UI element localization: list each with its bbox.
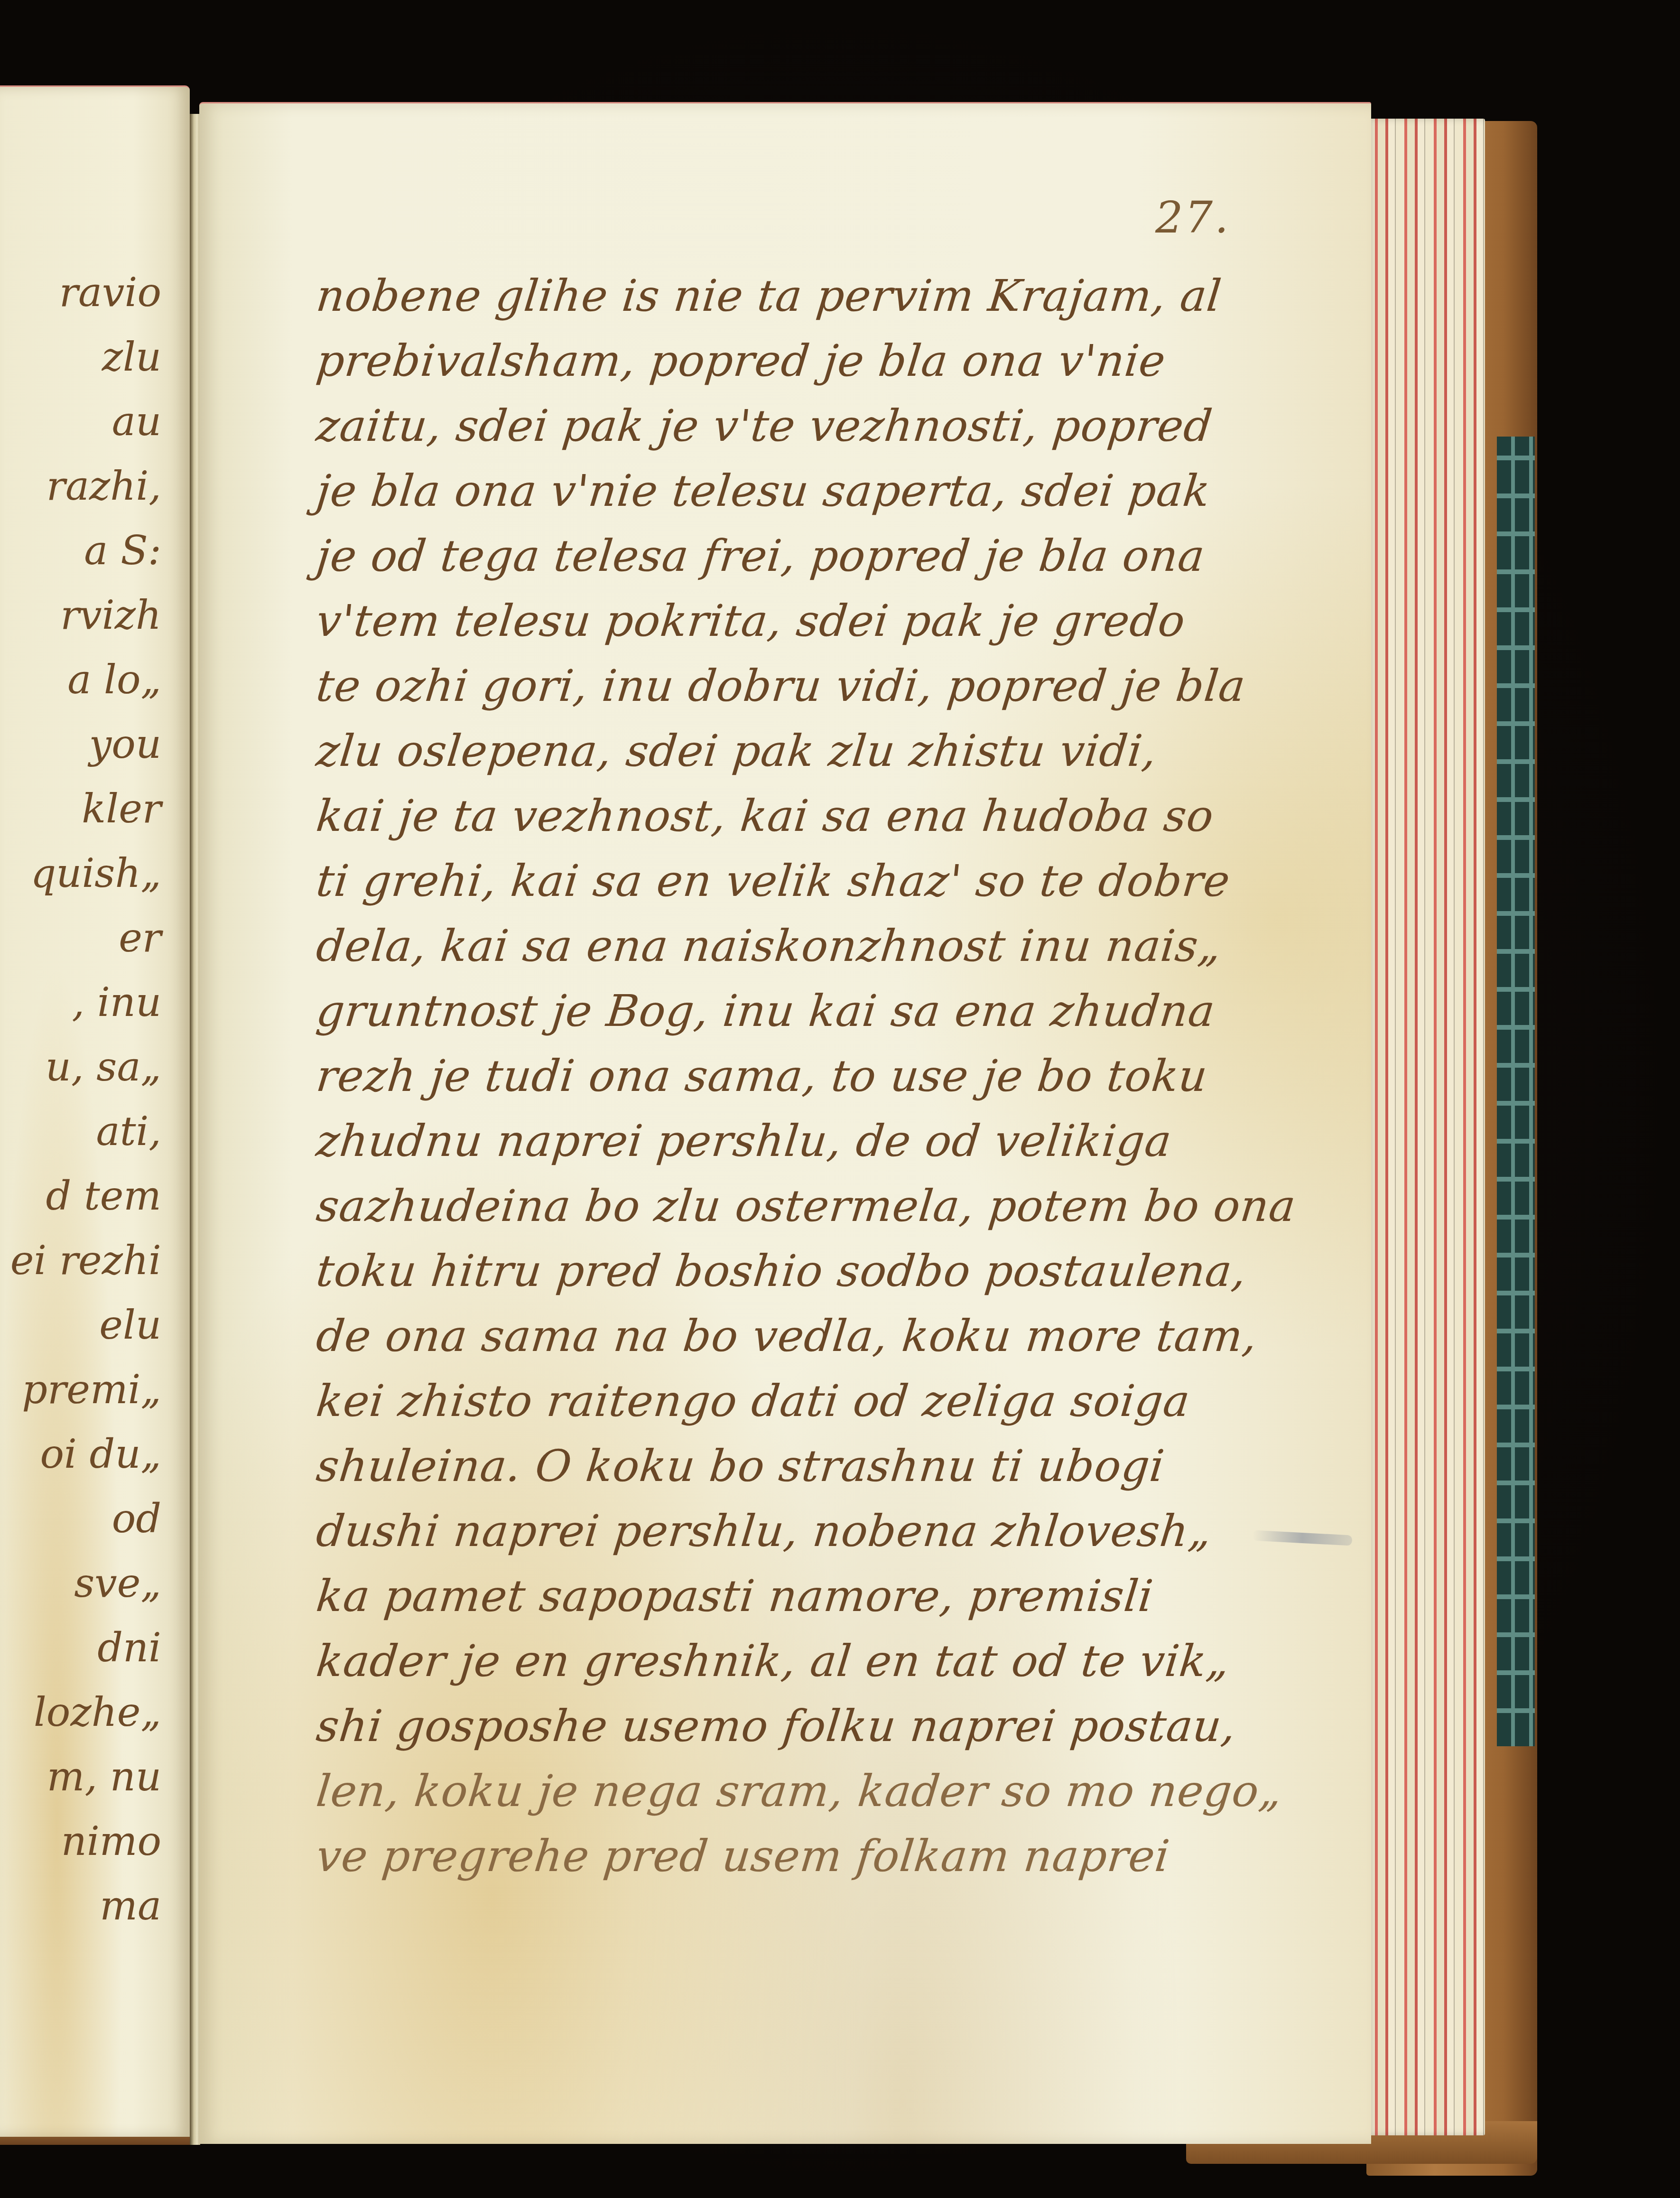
left-line: a lo„ <box>0 647 190 712</box>
marbled-cloth-board <box>1497 437 1535 1746</box>
text-line: kader je en greshnik, al en tat od te vi… <box>313 1629 1364 1694</box>
text-line: de ona sama na bo vedla, koku more tam, <box>313 1304 1364 1369</box>
left-line: lozhe„ <box>0 1680 190 1744</box>
text-line: nobene glihe is nie ta pervim Krajam, al <box>313 263 1364 328</box>
text-line: zlu oslepena, sdei pak zlu zhistu vidi, <box>313 718 1364 783</box>
right-page-text: nobene glihe is nie ta pervim Krajam, al… <box>313 263 1357 1889</box>
text-line: je bla ona v'nie telesu saperta, sdei pa… <box>313 458 1364 523</box>
left-line: nimo <box>0 1809 190 1873</box>
text-line: ti grehi, kai sa en velik shaz' so te do… <box>313 848 1364 913</box>
page-number: 27. <box>1155 192 1230 243</box>
left-line: ma <box>0 1873 190 1938</box>
text-line: zaitu, sdei pak je v'te vezhnosti, popre… <box>313 393 1364 458</box>
left-line: sve„ <box>0 1551 190 1615</box>
left-line: u, sa„ <box>0 1034 190 1099</box>
left-line: , inu <box>0 970 190 1034</box>
text-line: sazhudeina bo zlu ostermela, potem bo on… <box>313 1174 1364 1239</box>
text-line: toku hitru pred boshio sodbo postaulena, <box>313 1239 1364 1304</box>
text-line: ve pregrehe pred usem folkam naprei <box>313 1824 1364 1889</box>
text-line: te ozhi gori, inu dobru vidi, popred je … <box>313 653 1364 718</box>
book-gutter <box>190 114 200 2145</box>
text-line: len, koku je nega sram, kader so mo nego… <box>313 1759 1364 1824</box>
left-line: zlu <box>0 325 190 389</box>
text-line: je od tega telesa frei, popred je bla on… <box>313 523 1364 588</box>
text-line: zhudnu naprei pershlu, de od velikiga <box>313 1108 1364 1174</box>
left-line: ati, <box>0 1099 190 1164</box>
left-line: er <box>0 905 190 970</box>
left-page: ravio zlu au razhi, a S: rvizh a lo„ you… <box>0 85 190 2137</box>
left-line: au <box>0 389 190 454</box>
left-line: kler <box>0 776 190 841</box>
text-line: v'tem telesu pokrita, sdei pak je gredo <box>313 588 1364 653</box>
left-line: elu <box>0 1293 190 1357</box>
text-line: rezh je tudi ona sama, to use je bo toku <box>313 1043 1364 1108</box>
text-line: shuleina. O koku bo strashnu ti ubogi <box>313 1434 1364 1499</box>
left-page-text: ravio zlu au razhi, a S: rvizh a lo„ you… <box>0 260 190 1938</box>
text-line: kei zhisto raitengo dati od zeliga soiga <box>313 1369 1364 1434</box>
left-line: a S: <box>0 518 190 583</box>
left-line: od <box>0 1486 190 1551</box>
text-line: prebivalsham, popred je bla ona v'nie <box>313 328 1364 393</box>
left-line: you <box>0 712 190 776</box>
left-line: ei rezhi <box>0 1228 190 1293</box>
left-line: razhi, <box>0 454 190 518</box>
text-line: dushi naprei pershlu, nobena zhlovesh„ <box>313 1499 1364 1564</box>
left-line: oi du„ <box>0 1422 190 1486</box>
left-line: quish„ <box>0 841 190 905</box>
left-line: rvizh <box>0 583 190 647</box>
left-line: d tem <box>0 1164 190 1228</box>
left-line: ravio <box>0 260 190 325</box>
text-line: kai je ta vezhnost, kai sa ena hudoba so <box>313 783 1364 848</box>
left-line: dni <box>0 1615 190 1680</box>
text-line: dela, kai sa ena naiskonzhnost inu nais„ <box>313 913 1364 978</box>
page-fore-edge-stack <box>1366 119 1485 2135</box>
left-line: premi„ <box>0 1357 190 1422</box>
text-line: gruntnost je Bog, inu kai sa ena zhudna <box>313 978 1364 1043</box>
text-line: shi gosposhe usemo folku naprei postau, <box>313 1694 1364 1759</box>
left-line: m, nu <box>0 1744 190 1809</box>
text-line: ka pamet sapopasti namore, premisli <box>313 1564 1364 1629</box>
